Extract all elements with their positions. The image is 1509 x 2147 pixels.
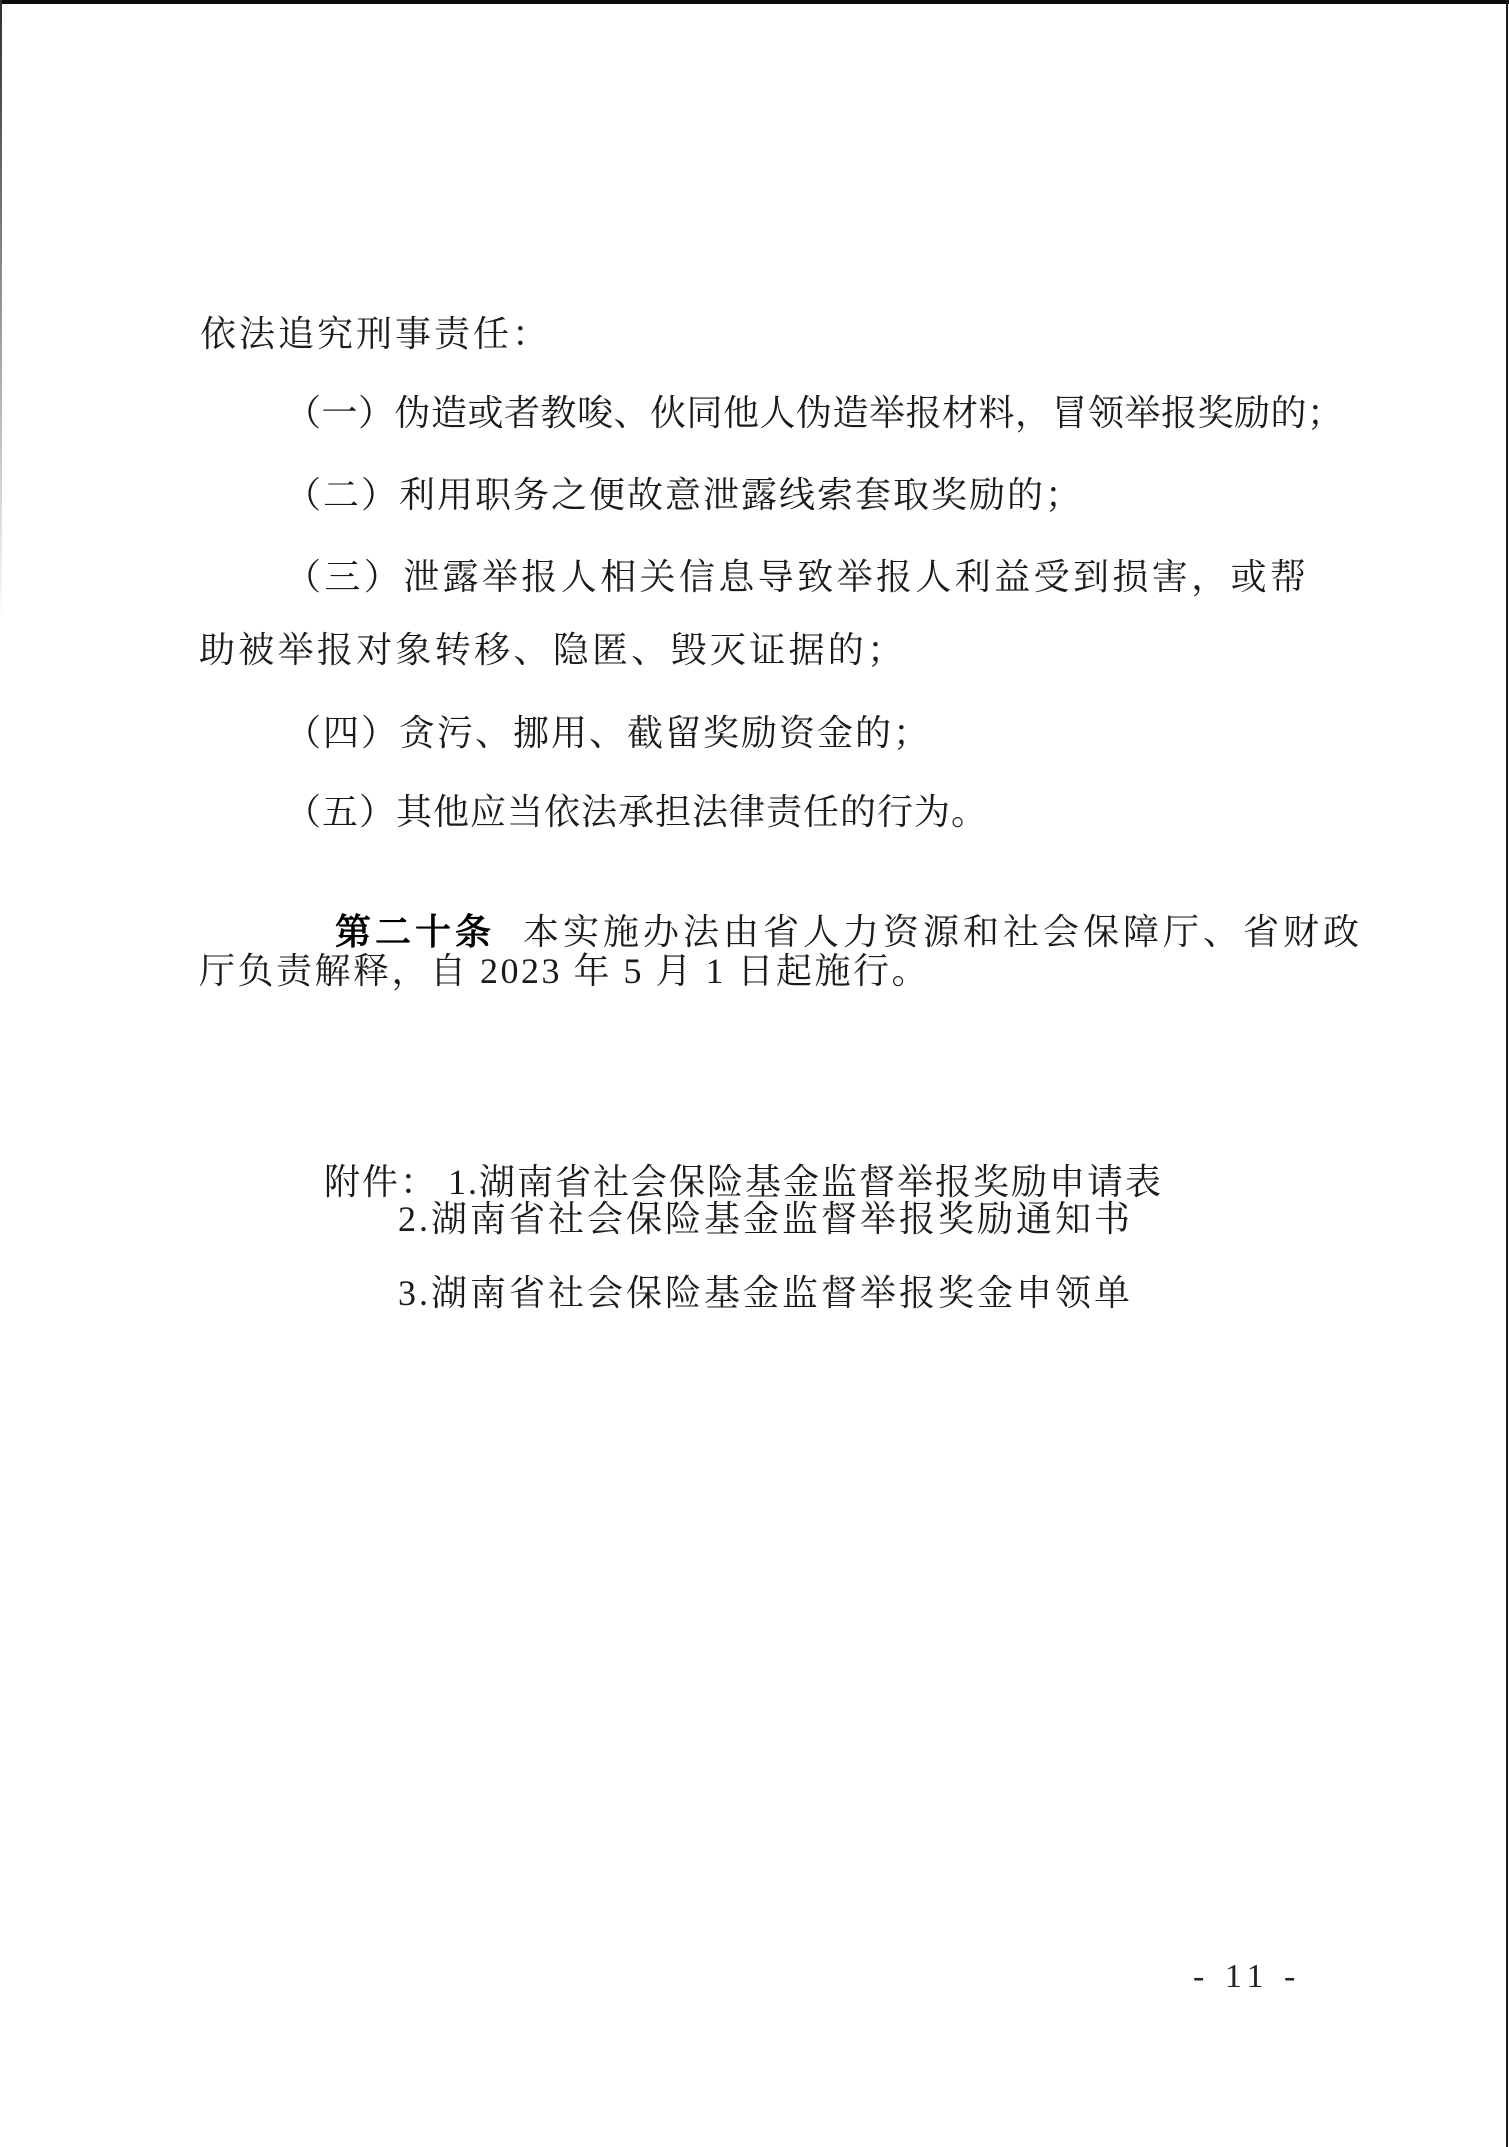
paragraph-intro: 依法追究刑事责任： <box>200 312 551 356</box>
attachment-item-3: 3.湖南省社会保险基金监督举报奖金申领单 <box>398 1271 1133 1315</box>
scan-border-top <box>0 0 1509 4</box>
scan-border-right <box>1506 0 1508 2147</box>
list-item-5: （五）其他应当依法承担法律责任的行为。 <box>285 790 988 834</box>
attachments-label: 附件： <box>324 1162 438 1202</box>
attachment-item-1: 1.湖南省社会保险基金监督举报奖励申请表 <box>448 1162 1163 1202</box>
document-page: 依法追究刑事责任： （一）伪造或者教唆、伙同他人伪造举报材料，冒领举报奖励的； … <box>0 0 1509 2147</box>
article-text: 本实施办法由省人力资源和社会保障厅、省财政 <box>523 912 1363 952</box>
article-number: 第二十条 <box>335 911 495 952</box>
list-item-1: （一）伪造或者教唆、伙同他人伪造举报材料，冒领举报奖励的； <box>285 391 1344 435</box>
attachment-item-2: 2.湖南省社会保险基金监督举报奖励通知书 <box>398 1197 1133 1241</box>
scan-border-left <box>0 0 2 620</box>
list-item-2: （二）利用职务之便故意泄露线索套取奖励的； <box>285 473 1083 517</box>
list-item-4: （四）贪污、挪用、截留奖励资金的； <box>285 711 931 755</box>
page-number: - 11 - <box>1193 1958 1301 1996</box>
list-item-3-line-1: （三）泄露举报人相关信息导致举报人利益受到损害，或帮 <box>285 555 1309 599</box>
list-item-3-line-2: 助被举报对象转移、隐匿、毁灭证据的； <box>199 628 906 672</box>
article-20-line-2: 厅负责解释，自 2023 年 5 月 1 日起施行。 <box>199 949 930 993</box>
